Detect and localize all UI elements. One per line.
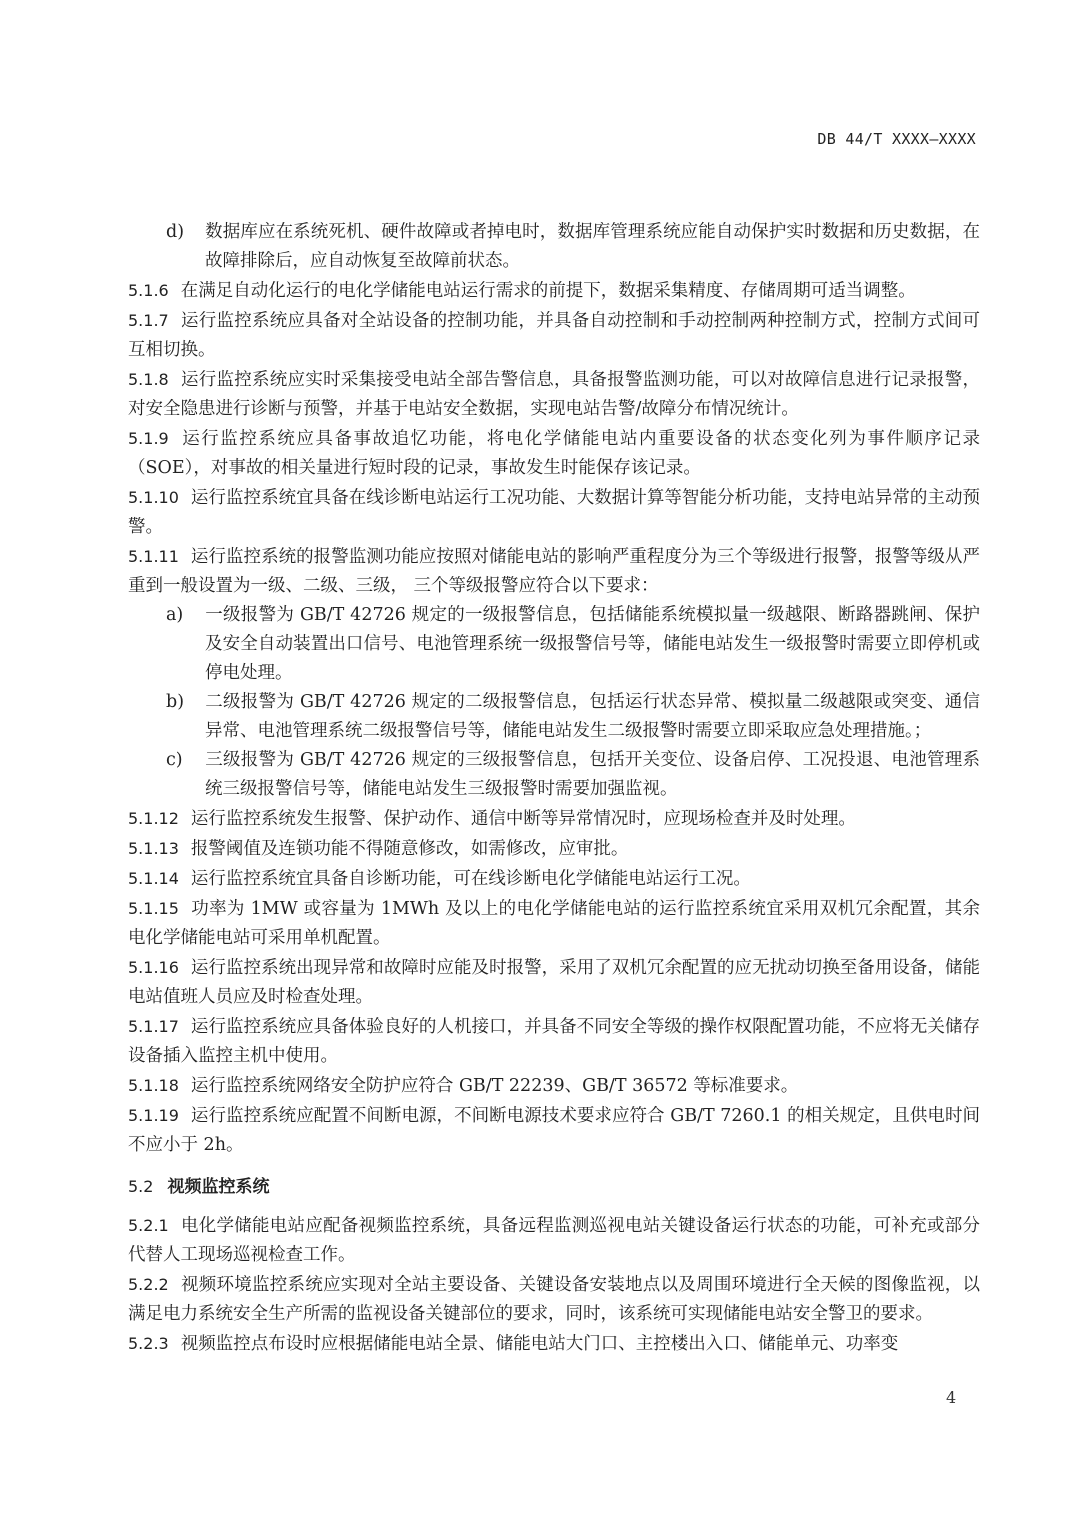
- clause-number: 5.2.1: [128, 1216, 169, 1235]
- clause-text: 运行监控系统应配置不间断电源，不间断电源技术要求应符合 GB/T 7260.1 …: [128, 1106, 980, 1155]
- item-label: b): [166, 688, 205, 717]
- clause-5-2-2: 5.2.2视频环境监控系统应实现对全站主要设备、关键设备安装地点以及周围环境进行…: [128, 1270, 980, 1329]
- item-text: 数据库应在系统死机、硬件故障或者掉电时，数据库管理系统应能自动保护实时数据和历史…: [205, 222, 980, 271]
- clause-text: 运行监控系统应实时采集接受电站全部告警信息，具备报警监测功能，可以对故障信息进行…: [128, 370, 980, 419]
- clause-5-1-7: 5.1.7运行监控系统应具备对全站设备的控制功能，并具备自动控制和手动控制两种控…: [128, 306, 980, 365]
- clause-5-1-13: 5.1.13报警阈值及连锁功能不得随意修改，如需修改，应审批。: [128, 834, 980, 864]
- clause-text: 运行监控系统应具备体验良好的人机接口，并具备不同安全等级的操作权限配置功能，不应…: [128, 1017, 980, 1066]
- clause-text: 视频监控点布设时应根据储能电站全景、储能电站大门口、主控楼出入口、储能单元、功率…: [181, 1334, 899, 1354]
- clause-number: 5.1.18: [128, 1076, 179, 1095]
- section-title: 视频监控系统: [167, 1177, 269, 1197]
- clause-5-2-1: 5.2.1电化学储能电站应配备视频监控系统，具备远程监测巡视电站关键设备运行状态…: [128, 1211, 980, 1270]
- clause-5-1-18: 5.1.18运行监控系统网络安全防护应符合 GB/T 22239、GB/T 36…: [128, 1071, 980, 1101]
- clause-5-1-15: 5.1.15功率为 1MW 或容量为 1MWh 及以上的电化学储能电站的运行监控…: [128, 894, 980, 953]
- clause-number: 5.1.9: [128, 429, 169, 448]
- item-text: 一级报警为 GB/T 42726 规定的一级报警信息，包括储能系统模拟量一级越限…: [205, 605, 980, 683]
- clause-number: 5.2.2: [128, 1275, 169, 1294]
- clause-text: 运行监控系统宜具备自诊断功能，可在线诊断电化学储能电站运行工况。: [191, 869, 751, 889]
- item-label: d): [166, 218, 205, 247]
- item-text: 三级报警为 GB/T 42726 规定的三级报警信息，包括开关变位、设备启停、工…: [205, 750, 980, 799]
- clause-5-1-8: 5.1.8运行监控系统应实时采集接受电站全部告警信息，具备报警监测功能，可以对故…: [128, 365, 980, 424]
- list-item-d: d)数据库应在系统死机、硬件故障或者掉电时，数据库管理系统应能自动保护实时数据和…: [166, 218, 980, 276]
- clause-number: 5.1.13: [128, 839, 179, 858]
- clause-text: 运行监控系统应具备对全站设备的控制功能，并具备自动控制和手动控制两种控制方式，控…: [128, 311, 980, 360]
- list-item-a: a)一级报警为 GB/T 42726 规定的一级报警信息，包括储能系统模拟量一级…: [166, 601, 980, 688]
- clause-text: 运行监控系统应具备事故追忆功能，将电化学储能电站内重要设备的状态变化列为事件顺序…: [128, 429, 980, 478]
- section-number: 5.2: [128, 1177, 153, 1196]
- clause-number: 5.1.10: [128, 488, 179, 507]
- clause-5-2-3: 5.2.3视频监控点布设时应根据储能电站全景、储能电站大门口、主控楼出入口、储能…: [128, 1329, 980, 1359]
- section-heading-5-2: 5.2视频监控系统: [128, 1172, 980, 1202]
- clause-number: 5.1.15: [128, 899, 179, 918]
- clause-5-1-11: 5.1.11运行监控系统的报警监测功能应按照对储能电站的影响严重程度分为三个等级…: [128, 542, 980, 601]
- clause-number: 5.1.16: [128, 958, 179, 977]
- document-code: DB 44/T XXXX—XXXX: [817, 130, 976, 148]
- clause-number: 5.1.19: [128, 1106, 179, 1125]
- clause-number: 5.1.7: [128, 311, 169, 330]
- clause-number: 5.1.17: [128, 1017, 179, 1036]
- clause-5-1-12: 5.1.12运行监控系统发生报警、保护动作、通信中断等异常情况时，应现场检查并及…: [128, 804, 980, 834]
- clause-text: 报警阈值及连锁功能不得随意修改，如需修改，应审批。: [191, 839, 629, 859]
- clause-number: 5.1.12: [128, 809, 179, 828]
- clause-text: 运行监控系统网络安全防护应符合 GB/T 22239、GB/T 36572 等标…: [191, 1076, 798, 1096]
- item-label: c): [166, 746, 205, 775]
- clause-text: 电化学储能电站应配备视频监控系统，具备远程监测巡视电站关键设备运行状态的功能，可…: [128, 1216, 980, 1265]
- clause-number: 5.2.3: [128, 1334, 169, 1353]
- page-number: 4: [946, 1388, 956, 1407]
- clause-text: 运行监控系统出现异常和故障时应能及时报警，采用了双机冗余配置的应无扰动切换至备用…: [128, 958, 980, 1007]
- clause-5-1-10: 5.1.10运行监控系统宜具备在线诊断电站运行工况功能、大数据计算等智能分析功能…: [128, 483, 980, 542]
- clause-number: 5.1.6: [128, 281, 169, 300]
- clause-number: 5.1.11: [128, 547, 179, 566]
- item-label: a): [166, 601, 205, 630]
- clause-number: 5.1.8: [128, 370, 169, 389]
- clause-5-1-19: 5.1.19运行监控系统应配置不间断电源，不间断电源技术要求应符合 GB/T 7…: [128, 1101, 980, 1160]
- clause-5-1-6: 5.1.6在满足自动化运行的电化学储能电站运行需求的前提下，数据采集精度、存储周…: [128, 276, 980, 306]
- clause-text: 功率为 1MW 或容量为 1MWh 及以上的电化学储能电站的运行监控系统宜采用双…: [128, 899, 980, 948]
- clause-5-1-17: 5.1.17运行监控系统应具备体验良好的人机接口，并具备不同安全等级的操作权限配…: [128, 1012, 980, 1071]
- clause-text: 运行监控系统宜具备在线诊断电站运行工况功能、大数据计算等智能分析功能，支持电站异…: [128, 488, 980, 537]
- clause-text: 在满足自动化运行的电化学储能电站运行需求的前提下，数据采集精度、存储周期可适当调…: [181, 281, 916, 301]
- clause-5-1-16: 5.1.16运行监控系统出现异常和故障时应能及时报警，采用了双机冗余配置的应无扰…: [128, 953, 980, 1012]
- list-item-c: c)三级报警为 GB/T 42726 规定的三级报警信息，包括开关变位、设备启停…: [166, 746, 980, 804]
- clause-text: 视频环境监控系统应实现对全站主要设备、关键设备安装地点以及周围环境进行全天候的图…: [128, 1275, 980, 1324]
- clause-5-1-14: 5.1.14运行监控系统宜具备自诊断功能，可在线诊断电化学储能电站运行工况。: [128, 864, 980, 894]
- clause-number: 5.1.14: [128, 869, 179, 888]
- list-item-b: b)二级报警为 GB/T 42726 规定的二级报警信息，包括运行状态异常、模拟…: [166, 688, 980, 746]
- clause-text: 运行监控系统发生报警、保护动作、通信中断等异常情况时，应现场检查并及时处理。: [191, 809, 856, 829]
- clause-text: 运行监控系统的报警监测功能应按照对储能电站的影响严重程度分为三个等级进行报警，报…: [128, 547, 980, 596]
- document-body: d)数据库应在系统死机、硬件故障或者掉电时，数据库管理系统应能自动保护实时数据和…: [128, 218, 980, 1359]
- clause-5-1-9: 5.1.9运行监控系统应具备事故追忆功能，将电化学储能电站内重要设备的状态变化列…: [128, 424, 980, 483]
- item-text: 二级报警为 GB/T 42726 规定的二级报警信息，包括运行状态异常、模拟量二…: [205, 692, 980, 741]
